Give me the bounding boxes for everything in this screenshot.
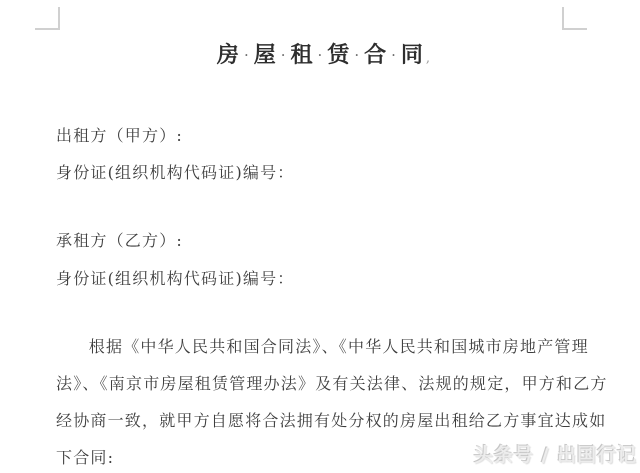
title-space-dot: ·	[281, 46, 286, 64]
title-char: 屋	[254, 42, 276, 68]
title-space-dot: ·	[391, 46, 396, 64]
title-char: 房	[217, 42, 239, 68]
title-char: 合	[364, 42, 386, 68]
title-char: 赁	[327, 42, 349, 68]
page-title: 房·屋·租·赁·合·同,	[56, 40, 588, 70]
title-space-dot: ·	[354, 46, 359, 64]
lessor-id-number-label: 身份证(组织机构代码证)编号：	[56, 163, 588, 183]
contract-document-page: 房·屋·租·赁·合·同, 出租方（甲方）: 身份证(组织机构代码证)编号： 承租…	[0, 0, 640, 473]
lessee-id-number-label: 身份证(组织机构代码证)编号：	[56, 269, 588, 289]
toutiao-watermark: 头条号 / 出国行记	[474, 440, 637, 467]
lessee-party-label: 承租方（乙方）:	[56, 231, 588, 251]
title-space-dot: ·	[318, 46, 323, 64]
paragraph-end-mark: ,	[426, 51, 430, 66]
title-char: 租	[291, 42, 313, 68]
document-content: 房·屋·租·赁·合·同, 出租方（甲方）: 身份证(组织机构代码证)编号： 承租…	[56, 0, 588, 468]
lessor-party-label: 出租方（甲方）:	[56, 126, 588, 146]
title-space-dot: ·	[244, 46, 249, 64]
preamble-line: 根据《中华人民共和国合同法》、《中华人民共和国城市房地产管理	[56, 337, 588, 357]
title-char: 同	[401, 42, 423, 68]
preamble-line: 法》、《南京市房屋租赁管理办法》及有关法律、法规的规定，甲方和乙方	[56, 374, 588, 394]
preamble-line: 经协商一致，就甲方自愿将合法拥有处分权的房屋出租给乙方事宜达成如	[56, 411, 588, 431]
